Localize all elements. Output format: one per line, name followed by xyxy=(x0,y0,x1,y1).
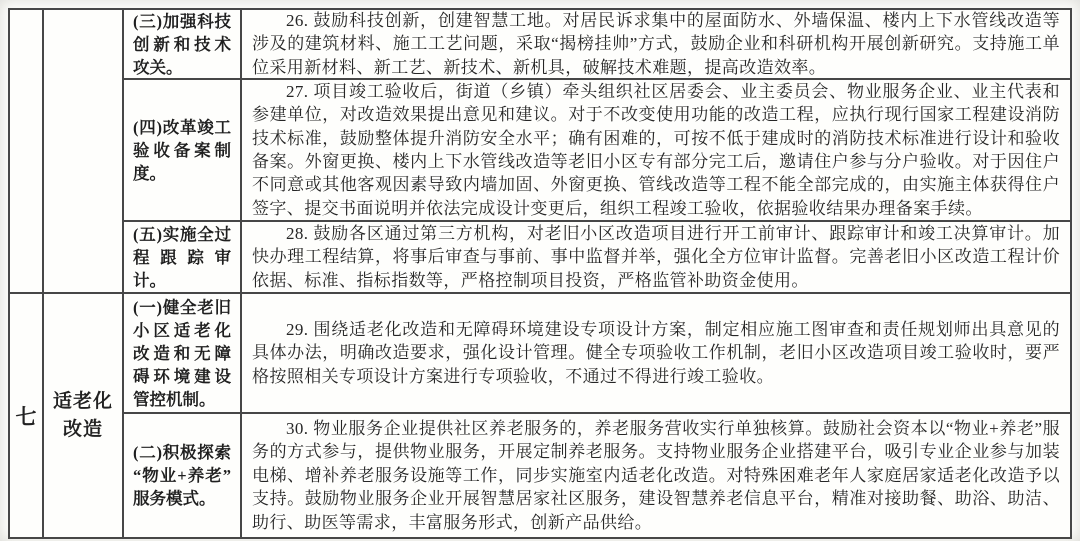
section-label-cell-empty xyxy=(44,10,124,294)
section-number: 七 xyxy=(16,401,37,431)
measure-content: 28. 鼓励各区通过第三方机构，对老旧小区改造项目进行开工前审计、跟踪审计和竣工… xyxy=(252,222,1060,292)
section-label-cell: 适老化 改造 xyxy=(44,294,124,537)
measure-content-cell: 29. 围绕适老化改造和无障碍环境建设专项设计方案，制定相应施工图审查和责任规划… xyxy=(242,294,1070,414)
measure-heading-cell: (四)改革竣工验收备案制度。 xyxy=(124,80,242,222)
measure-content-cell: 28. 鼓励各区通过第三方机构，对老旧小区改造项目进行开工前审计、跟踪审计和竣工… xyxy=(242,222,1070,294)
measure-content-cell: 27. 项目竣工验收后，街道（乡镇）牵头组织社区居委会、业主委员会、物业服务企业… xyxy=(242,80,1070,222)
measure-content-cell: 30. 物业服务企业提供社区养老服务的，养老服务营收实行单独核算。鼓励社会资本以… xyxy=(242,414,1070,537)
section-number-cell: 七 xyxy=(10,294,44,537)
section-label-line: 适老化 xyxy=(53,388,113,416)
measure-heading: (五)实施全过程跟踪审计。 xyxy=(133,223,231,292)
measure-heading: (三)加强科技创新和技术攻关。 xyxy=(133,10,231,79)
measure-heading-cell: (二)积极探索“物业+养老”服务模式。 xyxy=(124,414,242,537)
measure-content: 27. 项目竣工验收后，街道（乡镇）牵头组织社区居委会、业主委员会、物业服务企业… xyxy=(252,80,1060,220)
measure-heading-cell: (三)加强科技创新和技术攻关。 xyxy=(124,10,242,80)
section-label-line: 改造 xyxy=(63,416,103,444)
measure-content: 26. 鼓励科技创新，创建智慧工地。对居民诉求集中的屋面防水、外墙保温、楼内上下… xyxy=(252,10,1060,79)
measure-heading: (四)改革竣工验收备案制度。 xyxy=(133,116,231,185)
measure-content-cell: 26. 鼓励科技创新，创建智慧工地。对居民诉求集中的屋面防水、外墙保温、楼内上下… xyxy=(242,10,1070,80)
policy-measure-table: 七 适老化 改造 (三)加强科技创新和技术攻关。 (四)改革竣工验收备案制度。 … xyxy=(8,8,1072,539)
measure-heading-cell: (五)实施全过程跟踪审计。 xyxy=(124,222,242,294)
measure-content: 30. 物业服务企业提供社区养老服务的，养老服务营收实行单独核算。鼓励社会资本以… xyxy=(252,417,1060,534)
measure-heading: (一)健全老旧小区适老化改造和无障碍环境建设管控机制。 xyxy=(133,296,231,411)
measure-heading-cell: (一)健全老旧小区适老化改造和无障碍环境建设管控机制。 xyxy=(124,294,242,414)
scanned-document-page: 七 适老化 改造 (三)加强科技创新和技术攻关。 (四)改革竣工验收备案制度。 … xyxy=(0,0,1080,541)
measure-content: 29. 围绕适老化改造和无障碍环境建设专项设计方案，制定相应施工图审查和责任规划… xyxy=(252,318,1060,388)
measure-heading: (二)积极探索“物业+养老”服务模式。 xyxy=(133,441,231,510)
section-number-cell-empty xyxy=(10,10,44,294)
